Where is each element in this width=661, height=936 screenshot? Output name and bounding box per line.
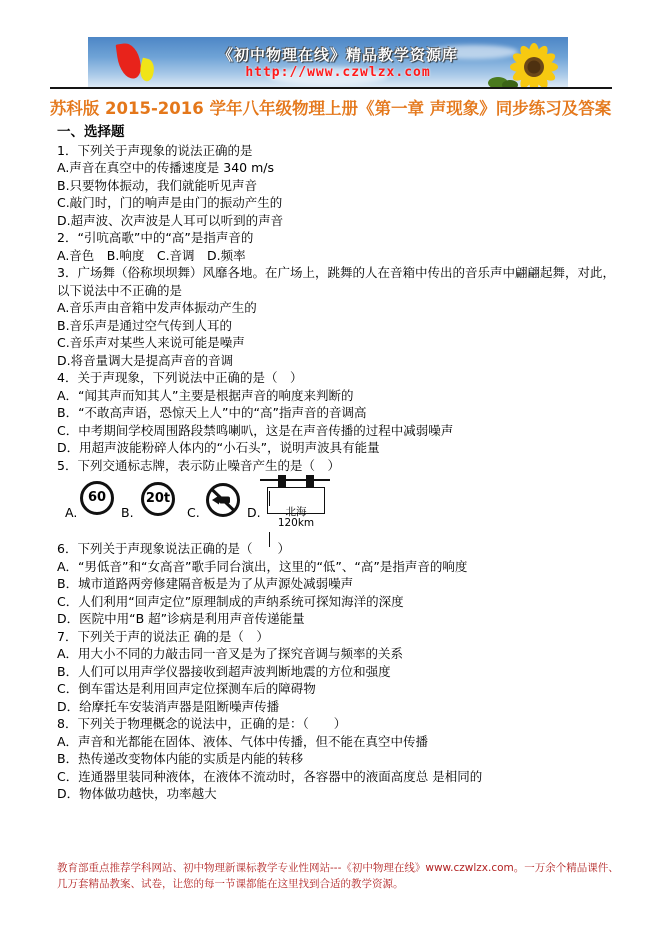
- question-option: D．给摩托车安装消声器是阻断噪声传播: [57, 698, 637, 716]
- page-title: 苏科版 2015-2016 学年八年级物理上册《第一章 声现象》同步练习及答案: [0, 95, 661, 119]
- question-option: A．“男低音”和“女高音”歌手同台演出，这里的“低”、“高”是指声音的响度: [57, 558, 637, 576]
- question-option: D．用超声波能粉碎人体内的“小石头”，说明声波具有能量: [57, 439, 637, 457]
- footer-line: 几万套精品教案、试卷，让您的每一节课都能在这里找到合适的教学资源。: [57, 876, 637, 892]
- sign-option-label: C.: [187, 504, 200, 522]
- question-option: C．连通器里装同种液体，在液体不流动时，各容器中的液面高度总 是相同的: [57, 768, 637, 786]
- banner-site-url[interactable]: http://www.czwlzx.com: [188, 65, 488, 80]
- sign-option-label: D.: [247, 504, 261, 522]
- question-option: A.声音在真空中的传播速度是 340 m/s: [57, 159, 637, 177]
- sign-text: 20t: [146, 490, 170, 508]
- weight-limit-20t-sign: 20t: [141, 482, 175, 516]
- question-option: C.敲门时，门的响声是由门的振动产生的: [57, 194, 637, 212]
- question-option: C．倒车雷达是利用回声定位探测车后的障碍物: [57, 680, 637, 698]
- question-option: D.将音量调大是提高声音的音调: [57, 352, 637, 370]
- sign-distance: 120km: [269, 518, 323, 530]
- question-option: B.音乐声是通过空气传到人耳的: [57, 317, 637, 335]
- question-option: A.音色 B.响度 C.音调 D.频率: [57, 247, 637, 265]
- question-option: B．城市道路两旁修建隔音板是为了从声源处减弱噪声: [57, 575, 637, 593]
- footer-line: 教育部重点推荐学科网站、初中物理新课标教学专业性网站---《初中物理在线》www…: [57, 860, 637, 876]
- site-banner: 《初中物理在线》精品教学资源库 http://www.czwlzx.com: [88, 37, 568, 87]
- site-logo-icon: [116, 42, 143, 81]
- question-stem-continued: 以下说法中不正确的是: [57, 282, 637, 300]
- question-option: D．物体做功越快，功率越大: [57, 785, 637, 803]
- question-stem: 6．下列关于声现象说法正确的是（ ）: [57, 540, 637, 558]
- question-stem: 8．下列关于物理概念的说法中，正确的是：（ ）: [57, 715, 637, 733]
- footer-promo: 教育部重点推荐学科网站、初中物理新课标教学专业性网站---《初中物理在线》www…: [57, 860, 637, 892]
- worksheet-page: 《初中物理在线》精品教学资源库 http://www.czwlzx.com: [0, 0, 661, 936]
- banner-site-title: 《初中物理在线》精品教学资源库: [188, 44, 488, 65]
- header-divider: [50, 87, 612, 89]
- no-honking-sign-icon: [203, 480, 243, 520]
- sign-text: 60: [88, 489, 106, 507]
- sign-option-label: B.: [121, 504, 134, 522]
- distance-sign-text: 北海 120km: [269, 491, 323, 547]
- signpost-bar: [260, 479, 330, 481]
- signpost-clamp: [306, 475, 314, 487]
- sunflower-icon: [486, 39, 566, 87]
- question-stem: 1．下列关于声现象的说法正确的是: [57, 142, 637, 160]
- question-option: B．“不敢高声语，恐惊天上人”中的“高”指声音的音调高: [57, 404, 637, 422]
- sign-option-label: A.: [65, 504, 77, 522]
- question-option: D．医院中用“B 超”诊病是利用声音传递能量: [57, 610, 637, 628]
- question-option: A．用大小不同的力敲击同一音叉是为了探究音调与频率的关系: [57, 645, 637, 663]
- question-option: A．声音和光都能在固体、液体、气体中传播，但不能在真空中传播: [57, 733, 637, 751]
- question-option: A．“闻其声而知其人”主要是根据声音的响度来判断的: [57, 387, 637, 405]
- question-stem: 2．“引吭高歌”中的“高”是指声音的: [57, 229, 637, 247]
- traffic-signs-row: A. 60 B. 20t C. D. 北海 120km: [57, 474, 637, 540]
- question-option: C．人们利用“回声定位”原理制成的声纳系统可探知海洋的深度: [57, 593, 637, 611]
- site-logo-accent-icon: [138, 58, 157, 83]
- question-option: C．中考期间学校周围路段禁鸣喇叭，这是在声音传播的过程中减弱噪声: [57, 422, 637, 440]
- question-option: B．热传递改变物体内能的实质是内能的转移: [57, 750, 637, 768]
- section-heading: 一、选择题: [57, 124, 637, 142]
- question-stem: 5．下列交通标志牌，表示防止噪音产生的是（ ）: [57, 457, 637, 475]
- question-option: A.音乐声由音箱中发声体振动产生的: [57, 299, 637, 317]
- question-stem: 3．广场舞（俗称坝坝舞）风靡各地。在广场上，跳舞的人在音箱中传出的音乐声中翩翩起…: [57, 264, 637, 282]
- question-option: D.超声波、次声波是人耳可以听到的声音: [57, 212, 637, 230]
- question-option: B.只要物体振动，我们就能听见声音: [57, 177, 637, 195]
- question-option: B．人们可以用声学仪器接收到超声波判断地震的方位和强度: [57, 663, 637, 681]
- question-stem: 7．下列关于声的说法正 确的是（ ）: [57, 628, 637, 646]
- question-option: C.音乐声对某些人来说可能是噪声: [57, 334, 637, 352]
- speed-limit-60-sign: 60: [80, 481, 114, 515]
- question-stem: 4．关于声现象，下列说法中正确的是（ ）: [57, 369, 637, 387]
- worksheet-body: 一、选择题 1．下列关于声现象的说法正确的是 A.声音在真空中的传播速度是 34…: [57, 124, 637, 803]
- signpost-clamp: [278, 475, 286, 487]
- distance-sign-beihai: 北海 120km: [267, 487, 325, 514]
